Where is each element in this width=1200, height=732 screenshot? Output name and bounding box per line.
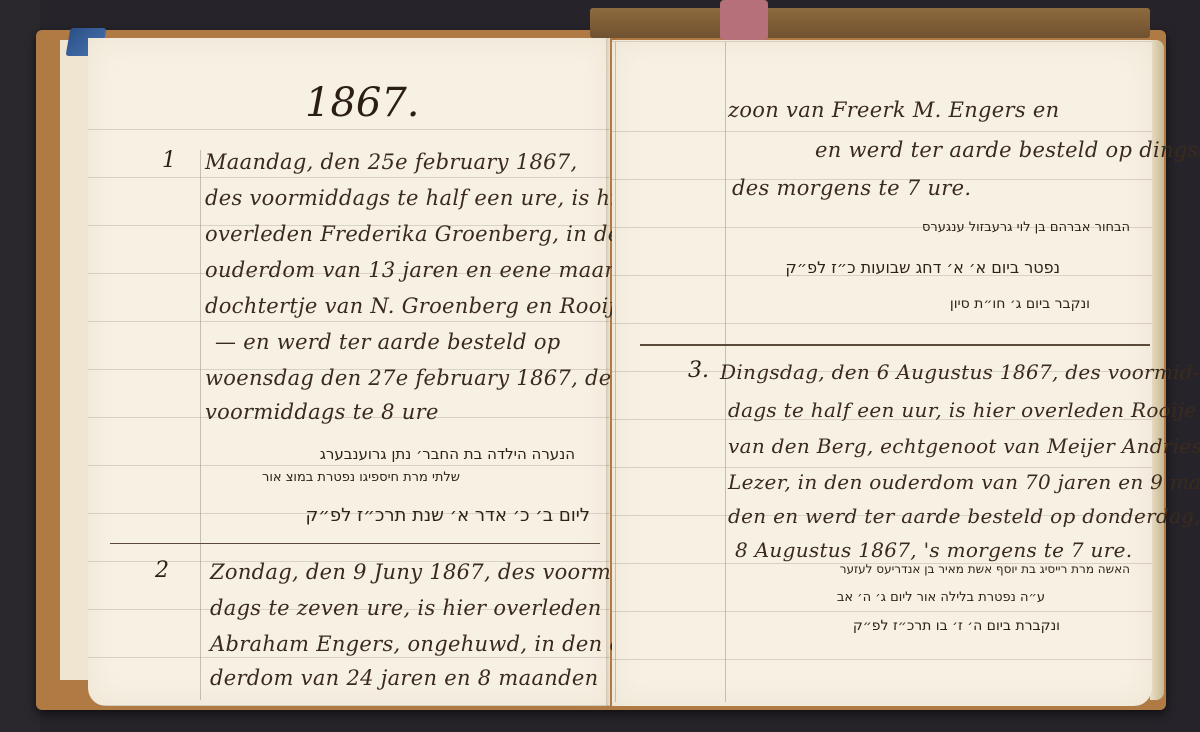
hebrew-line: ע״ה נפטרת בלילה אור ליום ג׳ ה׳ אב — [745, 590, 1045, 605]
entry-number: 1 — [162, 148, 176, 173]
entry-line: derdom van 24 jaren en 8 maanden — [210, 666, 598, 690]
background — [0, 0, 40, 732]
entry-line: en werd ter aarde besteld op dingsdag — [815, 138, 1200, 162]
book-top-edge — [590, 8, 1150, 38]
entry-number: 2 — [155, 558, 169, 583]
hebrew-line: ליום ב׳ כ׳ אדר א׳ שנת תרכ״ז לפ״ק — [220, 505, 590, 526]
entry-line: den en werd ter aarde besteld op donderd… — [728, 504, 1200, 528]
entry-line: Zondag, den 9 Juny 1867, des voormid- — [210, 560, 639, 584]
entry-line: overleden Frederika Groenberg, in den — [205, 222, 634, 246]
year-heading: 1867. — [305, 80, 420, 126]
entry-line: van den Berg, echtgenoot van Meijer Andr… — [728, 434, 1200, 458]
entry-line: voormiddags te 8 ure — [205, 400, 439, 424]
entry-divider — [110, 543, 600, 544]
hebrew-line: ונקבר ביום ג׳ חו״ת סיון — [900, 296, 1090, 312]
hebrew-line: נפטר ביום א׳ א׳ דחג שבועות כ״ז לפ״ק — [740, 258, 1060, 277]
entry-line: des morgens te 7 ure. — [732, 176, 971, 200]
hebrew-line: ונקברת ביום ה׳ ז׳ בו תרכ״ז לפ״ק — [770, 618, 1060, 634]
entry-line: — en werd ter aarde besteld op — [215, 330, 561, 354]
left-margin-line — [200, 150, 201, 700]
right-inner-line — [615, 42, 616, 702]
entry-line: dochtertje van N. Groenberg en Rooije — [205, 294, 628, 318]
entry-number: 3. — [688, 358, 709, 383]
entry-line: ouderdom van 13 jaren en eene maand, — [205, 258, 639, 282]
hebrew-line: הנערה הילדה בת החבר׳ נתן גרוענבערג — [175, 445, 575, 463]
entry-line: zoon van Freerk M. Engers en — [728, 98, 1059, 122]
entry-line: Dingsdag, den 6 Augustus 1867, des voorm… — [720, 360, 1200, 384]
entry-line: 8 Augustus 1867, 's morgens te 7 ure. — [735, 538, 1132, 562]
entry-line: woensdag den 27e february 1867, des — [205, 366, 623, 390]
entry-line: Maandag, den 25e february 1867, — [205, 150, 577, 174]
bookmark-ribbon — [720, 0, 768, 40]
hebrew-line: שלתי מרת חיספיגו נפטרת במוצ אור — [160, 470, 460, 485]
entry-line: des voormiddags te half een ure, is hier — [205, 186, 640, 210]
entry-line: Lezer, in den ouderdom van 70 jaren en 9… — [728, 470, 1200, 494]
entry-line: Abraham Engers, ongehuwd, in den ou- — [210, 632, 644, 656]
entry-divider — [640, 344, 1150, 346]
hebrew-line: האשה מרת רייסיג בת יוסף אשת מאיר בן אנדר… — [710, 562, 1130, 576]
entry-line: dags te half een uur, is hier overleden … — [728, 398, 1196, 422]
hebrew-line: הבחור אברהם בן לוי גרעבזול ענגערס — [780, 220, 1130, 235]
entry-line: dags te zeven ure, is hier overleden — [210, 596, 602, 620]
